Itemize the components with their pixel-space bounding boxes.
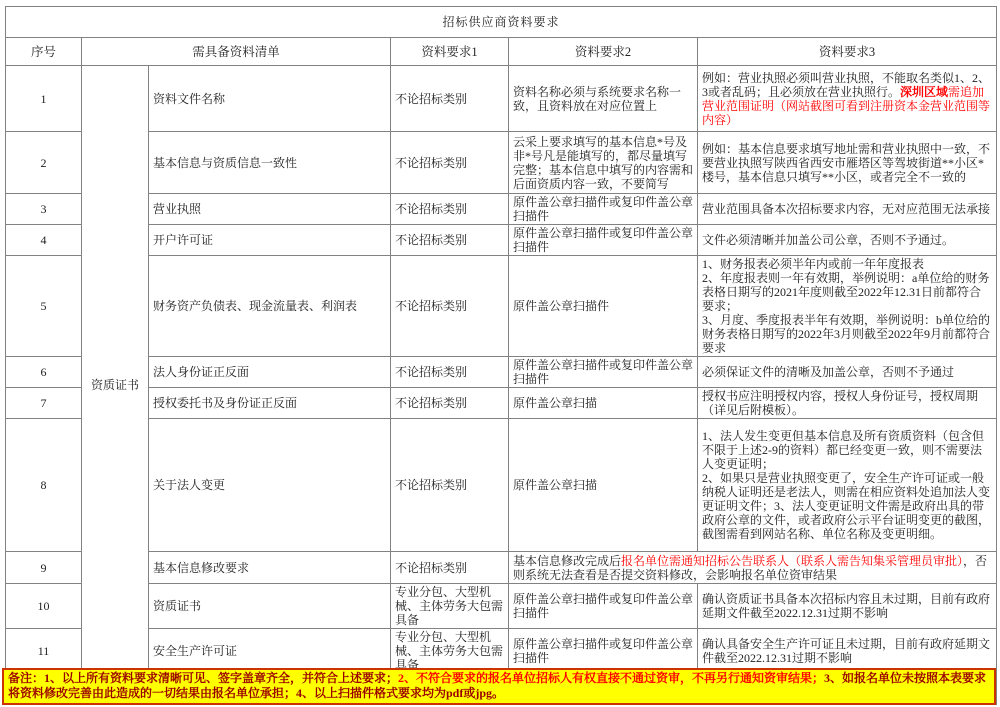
cell-req3: 1、财务报表必须半年内或前一年年度报表 2、年度报表则一年有效期，举例说明：a单… [698,256,997,357]
cell-req2: 原件盖公章扫描 [509,388,698,419]
document-page: 招标供应商资料要求 序号 需具备资料清单 资料要求1 资料要求2 资料要求3 1… [0,0,1000,707]
cell-req2: 云采上要求填写的基本信息*号及非*号凡是能填写的，都尽量填写完整；基本信息中填写… [509,132,698,194]
table-row: 3 营业执照 不论招标类别 原件盖公章扫描件或复印件盖公章扫描件 营业范围具备本… [6,194,997,225]
merged-highlight: 报名单位需通知招标公告联系人（联系人需告知集采管理员审批） [621,554,963,568]
req3-line: 2、如果只是营业执照变更了，安全生产许可证或一般纳税人证明还是老法人，则需在相应… [702,471,992,541]
table-row: 8 关于法人变更 不论招标类别 原件盖公章扫描 1、法人发生变更但基本信息及所有… [6,419,997,552]
cell-req3: 授权书应注明授权内容，授权人身份证号，授权周期（详见后附模板）。 [698,388,997,419]
cell-req3: 营业范围具备本次招标要求内容，无对应范围无法承接 [698,194,997,225]
cell-req1: 不论招标类别 [391,419,509,552]
cell-no: 7 [6,388,82,419]
table-row: 7 授权委托书及身份证正反面 不论招标类别 原件盖公章扫描 授权书应注明授权内容… [6,388,997,419]
cell-category: 资质证书 [82,66,149,705]
cell-item: 资质证书 [149,584,391,629]
note-warning-text: 2、不符合要求的报名单位招标人有权直接不通过资审，不再另行通知资审结果； [398,671,824,685]
cell-item: 基本信息修改要求 [149,552,391,584]
table-row: 10 资质证书 专业分包、大型机械、主体劳务大包需具备 原件盖公章扫描件或复印件… [6,584,997,629]
cell-req1: 不论招标类别 [391,256,509,357]
cell-item: 法人身份证正反面 [149,357,391,388]
cell-req1: 不论招标类别 [391,66,509,132]
cell-no: 2 [6,132,82,194]
cell-no: 9 [6,552,82,584]
cell-item: 开户许可证 [149,225,391,256]
cell-no: 6 [6,357,82,388]
cell-req2: 原件盖公章扫描件或复印件盖公章扫描件 [509,584,698,629]
cell-no: 4 [6,225,82,256]
cell-req3: 文件必须清晰并加盖公司公章，否则不予通过。 [698,225,997,256]
table-row: 2 基本信息与资质信息一致性 不论招标类别 云采上要求填写的基本信息*号及非*号… [6,132,997,194]
header-req1: 资料要求1 [391,38,509,66]
cell-item: 资料文件名称 [149,66,391,132]
cell-no: 3 [6,194,82,225]
cell-no: 11 [6,629,82,674]
cell-req3: 确认资质证书具备本次招标内容且未过期，目前有政府延期文件截至2022.12.31… [698,584,997,629]
cell-req2: 原件盖公章扫描件 [509,256,698,357]
page-title: 招标供应商资料要求 [6,7,997,38]
supplier-requirements-table: 招标供应商资料要求 序号 需具备资料清单 资料要求1 资料要求2 资料要求3 1… [5,6,997,705]
merged-text: 基本信息修改完成后 [513,554,621,568]
req3-highlight-bold: 深圳区域 [900,85,948,99]
cell-no: 8 [6,419,82,552]
cell-item: 基本信息与资质信息一致性 [149,132,391,194]
cell-req1: 不论招标类别 [391,194,509,225]
header-list: 需具备资料清单 [82,38,391,66]
cell-req2: 原件盖公章扫描件或复印件盖公章扫描件 [509,629,698,674]
cell-req2: 原件盖公章扫描件或复印件盖公章扫描件 [509,194,698,225]
cell-req1: 不论招标类别 [391,132,509,194]
header-row: 序号 需具备资料清单 资料要求1 资料要求2 资料要求3 [6,38,997,66]
cell-req1: 不论招标类别 [391,357,509,388]
req3-line: 1、法人发生变更但基本信息及所有资质资料（包含但不限于上述2-9的资料）都已经变… [702,429,992,471]
title-row: 招标供应商资料要求 [6,7,997,38]
cell-item: 关于法人变更 [149,419,391,552]
cell-req3: 确认具备安全生产许可证且未过期，目前有政府延期文件截至2022.12.31过期不… [698,629,997,674]
cell-req2: 资料名称必须与系统要求名称一致，且资料放在对应位置上 [509,66,698,132]
table-row: 5 财务资产负债表、现金流量表、利润表 不论招标类别 原件盖公章扫描件 1、财务… [6,256,997,357]
footer-note: 备注：1、以上所有资料要求清晰可见、签字盖章齐全，并符合上述要求；2、不符合要求… [2,668,996,705]
req3-line: 3、月度、季度报表半年有效期，举例说明：b单位给的财务表格日期写的2022年3月… [702,313,992,355]
cell-req2: 原件盖公章扫描 [509,419,698,552]
cell-req1: 不论招标类别 [391,552,509,584]
table-row: 4 开户许可证 不论招标类别 原件盖公章扫描件或复印件盖公章扫描件 文件必须清晰… [6,225,997,256]
req3-line: 1、财务报表必须半年内或前一年年度报表 [702,257,992,271]
cell-req3: 例如：营业执照必须叫营业执照，不能取名类似1、2、3或者乱码；且必须放在营业执照… [698,66,997,132]
cell-req2: 原件盖公章扫描件或复印件盖公章扫描件 [509,225,698,256]
header-no: 序号 [6,38,82,66]
cell-item: 授权委托书及身份证正反面 [149,388,391,419]
cell-no: 5 [6,256,82,357]
header-req3: 资料要求3 [698,38,997,66]
note-text: 备注：1、以上所有资料要求清晰可见、签字盖章齐全，并符合上述要求； [8,671,398,685]
cell-no: 10 [6,584,82,629]
cell-req3: 必须保证文件的清晰及加盖公章，否则不予通过 [698,357,997,388]
table-row: 6 法人身份证正反面 不论招标类别 原件盖公章扫描件或复印件盖公章扫描件 必须保… [6,357,997,388]
cell-req3: 1、法人发生变更但基本信息及所有资质资料（包含但不限于上述2-9的资料）都已经变… [698,419,997,552]
cell-req-merged: 基本信息修改完成后报名单位需通知招标公告联系人（联系人需告知集采管理员审批），否… [509,552,997,584]
cell-req1: 不论招标类别 [391,388,509,419]
cell-req1: 专业分包、大型机械、主体劳务大包需具备 [391,584,509,629]
cell-req1: 不论招标类别 [391,225,509,256]
cell-item: 营业执照 [149,194,391,225]
table-row: 1 资质证书 资料文件名称 不论招标类别 资料名称必须与系统要求名称一致，且资料… [6,66,997,132]
cell-req2: 原件盖公章扫描件或复印件盖公章扫描件 [509,357,698,388]
header-req2: 资料要求2 [509,38,698,66]
table-row: 9 基本信息修改要求 不论招标类别 基本信息修改完成后报名单位需通知招标公告联系… [6,552,997,584]
cell-req1: 专业分包、大型机械、主体劳务大包需具备 [391,629,509,674]
cell-item: 财务资产负债表、现金流量表、利润表 [149,256,391,357]
cell-req3: 例如：基本信息要求填写地址需和营业执照中一致，不要营业执照写陕西省西安市雁塔区等… [698,132,997,194]
cell-no: 1 [6,66,82,132]
req3-line: 2、年度报表则一年有效期，举例说明：a单位给的财务表格日期写的2021年度则截至… [702,271,992,313]
cell-item: 安全生产许可证 [149,629,391,674]
table-row: 11 安全生产许可证 专业分包、大型机械、主体劳务大包需具备 原件盖公章扫描件或… [6,629,997,674]
